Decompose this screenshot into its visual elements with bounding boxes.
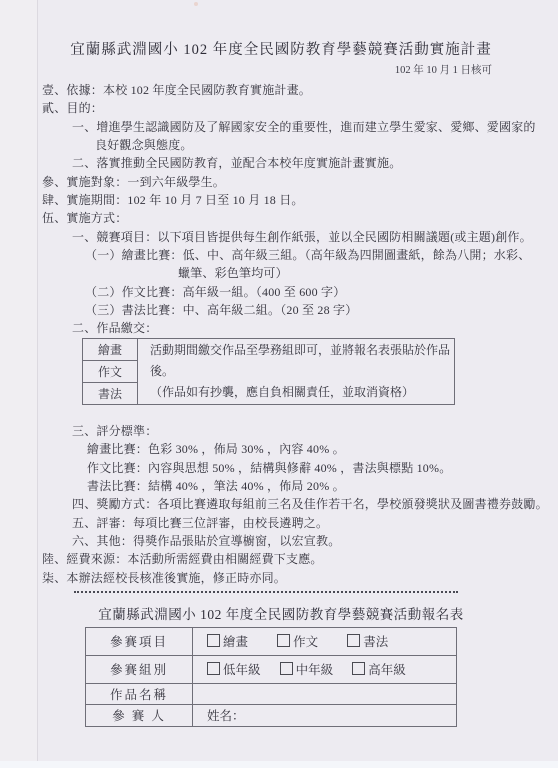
option-lower-grade: 低年級	[207, 660, 261, 678]
line-scoring-calligraphy: 書法比賽：結構 40% ，筆法 40% ，佈局 20% 。	[87, 477, 520, 495]
table-row: 作品名稱	[86, 683, 457, 704]
option-label: 作文	[293, 635, 318, 649]
line-judges: 五、評審：每項比賽三位評審，由校長遴聘之。	[72, 514, 520, 532]
plan-title: 宜蘭縣武淵國小 102 年度全民國防教育學藝競賽活動實施計畫	[42, 41, 520, 60]
option-label: 書法	[363, 635, 388, 649]
checkbox-icon	[352, 662, 365, 675]
checkbox-icon	[207, 662, 220, 675]
scanner-margin-left	[0, 0, 38, 768]
approval-date: 102 年 10 月 1 日核可	[42, 64, 520, 78]
option-label: 中年級	[296, 663, 334, 677]
scanner-margin-bottom	[0, 761, 558, 768]
document-content: 宜蘭縣武淵國小 102 年度全民國防教育學藝競賽活動實施計畫 102 年 10 …	[42, 0, 520, 727]
line-scoring-head: 三、評分標準：	[72, 422, 520, 440]
checkbox-icon	[277, 634, 290, 647]
table-row: 參賽項目 繪畫 作文 書法	[86, 627, 457, 655]
registration-form-title: 宜蘭縣武淵國小 102 年度全民國防教育學藝競賽活動報名表	[42, 606, 520, 624]
category-drawing: 繪畫	[83, 338, 138, 360]
category-calligraphy: 書法	[83, 382, 138, 404]
checkbox-icon	[347, 634, 360, 647]
line-submission-head: 二、作品繳交：	[72, 319, 520, 337]
line-approval-clause: 柒、本辦法經校長核准後實施，修正時亦同。	[42, 569, 520, 587]
option-calligraphy: 書法	[347, 632, 388, 650]
form-work-title-value	[193, 683, 457, 704]
line-awards: 四、獎勵方式：各項比賽遴取每組前三名及佳作若干名，學校頒發獎狀及圖書禮券鼓勵。	[72, 495, 520, 513]
checkbox-icon	[280, 662, 293, 675]
option-upper-grade: 高年級	[352, 660, 406, 678]
submission-note: 活動期間繳交作品至學務組即可，並將報名表張貼於作品後。 （作品如有抄襲，應自負相…	[138, 338, 455, 404]
line-event-calligraphy: （三）書法比賽：中、高年級二組。（20 至 28 字）	[85, 301, 520, 319]
form-label-participant: 參 賽 人	[86, 704, 193, 726]
option-label: 低年級	[223, 663, 261, 677]
line-events: 一、競賽項目：以下項目皆提供每生創作紙張，並以全民國防相關議題(或主題)創作。	[72, 228, 520, 246]
table-row: 參 賽 人 姓名：	[86, 704, 457, 726]
line-scoring-drawing: 繪畫比賽：色彩 30% ，佈局 30% ，內容 40% 。	[87, 440, 520, 458]
cut-dotted-divider	[74, 588, 458, 593]
option-essay: 作文	[277, 632, 318, 650]
line-period: 肆、實施期間：102 年 10 月 7 日至 10 月 18 日。	[42, 191, 520, 209]
line-event-essay: （二）作文比賽：高年級一組。（400 至 600 字）	[85, 283, 520, 301]
option-label: 繪畫	[223, 635, 248, 649]
line-funding: 陸、經費來源：本活動所需經費由相關經費下支應。	[42, 550, 520, 568]
submission-note-line2: （作品如有抄襲，應自負相關責任，並取消資格）	[150, 382, 453, 403]
line-scoring-essay: 作文比賽：內容與思想 50% ，結構與修辭 40% ，書法與標點 10%。	[87, 459, 520, 477]
line-basis: 壹、依據：本校 102 年度全民國防教育實施計畫。	[42, 81, 520, 99]
form-label-event: 參賽項目	[86, 627, 193, 655]
option-middle-grade: 中年級	[280, 660, 334, 678]
registration-form-table: 參賽項目 繪畫 作文 書法 參賽組別 低年級 中年級 高年級 作品名稱 參 賽 …	[85, 627, 457, 727]
form-label-group: 參賽組別	[86, 655, 193, 683]
line-method-head: 伍、實施方式：	[42, 209, 520, 227]
plan-body-2: 三、評分標準： 繪畫比賽：色彩 30% ，佈局 30% ，內容 40% 。 作文…	[42, 422, 520, 587]
option-label: 高年級	[368, 663, 406, 677]
form-label-work-title: 作品名稱	[86, 683, 193, 704]
submission-note-line1: 活動期間繳交作品至學務組即可，並將報名表張貼於作品後。	[150, 340, 453, 382]
plan-body: 壹、依據：本校 102 年度全民國防教育實施計畫。 貳、目的： 一、增進學生認識…	[42, 81, 520, 338]
form-event-options: 繪畫 作文 書法	[193, 627, 457, 655]
line-purpose-head: 貳、目的：	[42, 99, 520, 117]
checkbox-icon	[207, 634, 220, 647]
line-purpose-2: 二、落實推動全民國防教育，並配合本校年度實施計畫實施。	[72, 154, 520, 172]
table-row: 參賽組別 低年級 中年級 高年級	[86, 655, 457, 683]
line-event-drawing: （一）繪畫比賽：低、中、高年級三組。（高年級為四開圖畫紙，餘為八開；水彩、	[85, 246, 520, 264]
form-group-options: 低年級 中年級 高年級	[193, 655, 457, 683]
line-event-drawing-cont: 蠟筆、彩色筆均可）	[178, 264, 520, 282]
form-participant-name: 姓名：	[193, 704, 457, 726]
category-essay: 作文	[83, 360, 138, 382]
line-purpose-1: 一、增進學生認識國防及了解國家安全的重要性，進而建立學生愛家、愛鄉、愛國家的	[72, 118, 520, 136]
table-row: 繪畫 活動期間繳交作品至學務組即可，並將報名表張貼於作品後。 （作品如有抄襲，應…	[83, 338, 455, 360]
option-drawing: 繪畫	[207, 632, 248, 650]
line-target: 參、實施對象：一到六年級學生。	[42, 173, 520, 191]
scanned-document-page: { "colors": { "paper": "#edebf1", "scann…	[0, 0, 558, 768]
line-purpose-1-cont: 良好觀念與態度。	[95, 136, 520, 154]
line-other: 六、其他：得獎作品張貼於宣導櫥窗，以宏宣教。	[72, 532, 520, 550]
submission-table: 繪畫 活動期間繳交作品至學務組即可，並將報名表張貼於作品後。 （作品如有抄襲，應…	[82, 338, 455, 405]
